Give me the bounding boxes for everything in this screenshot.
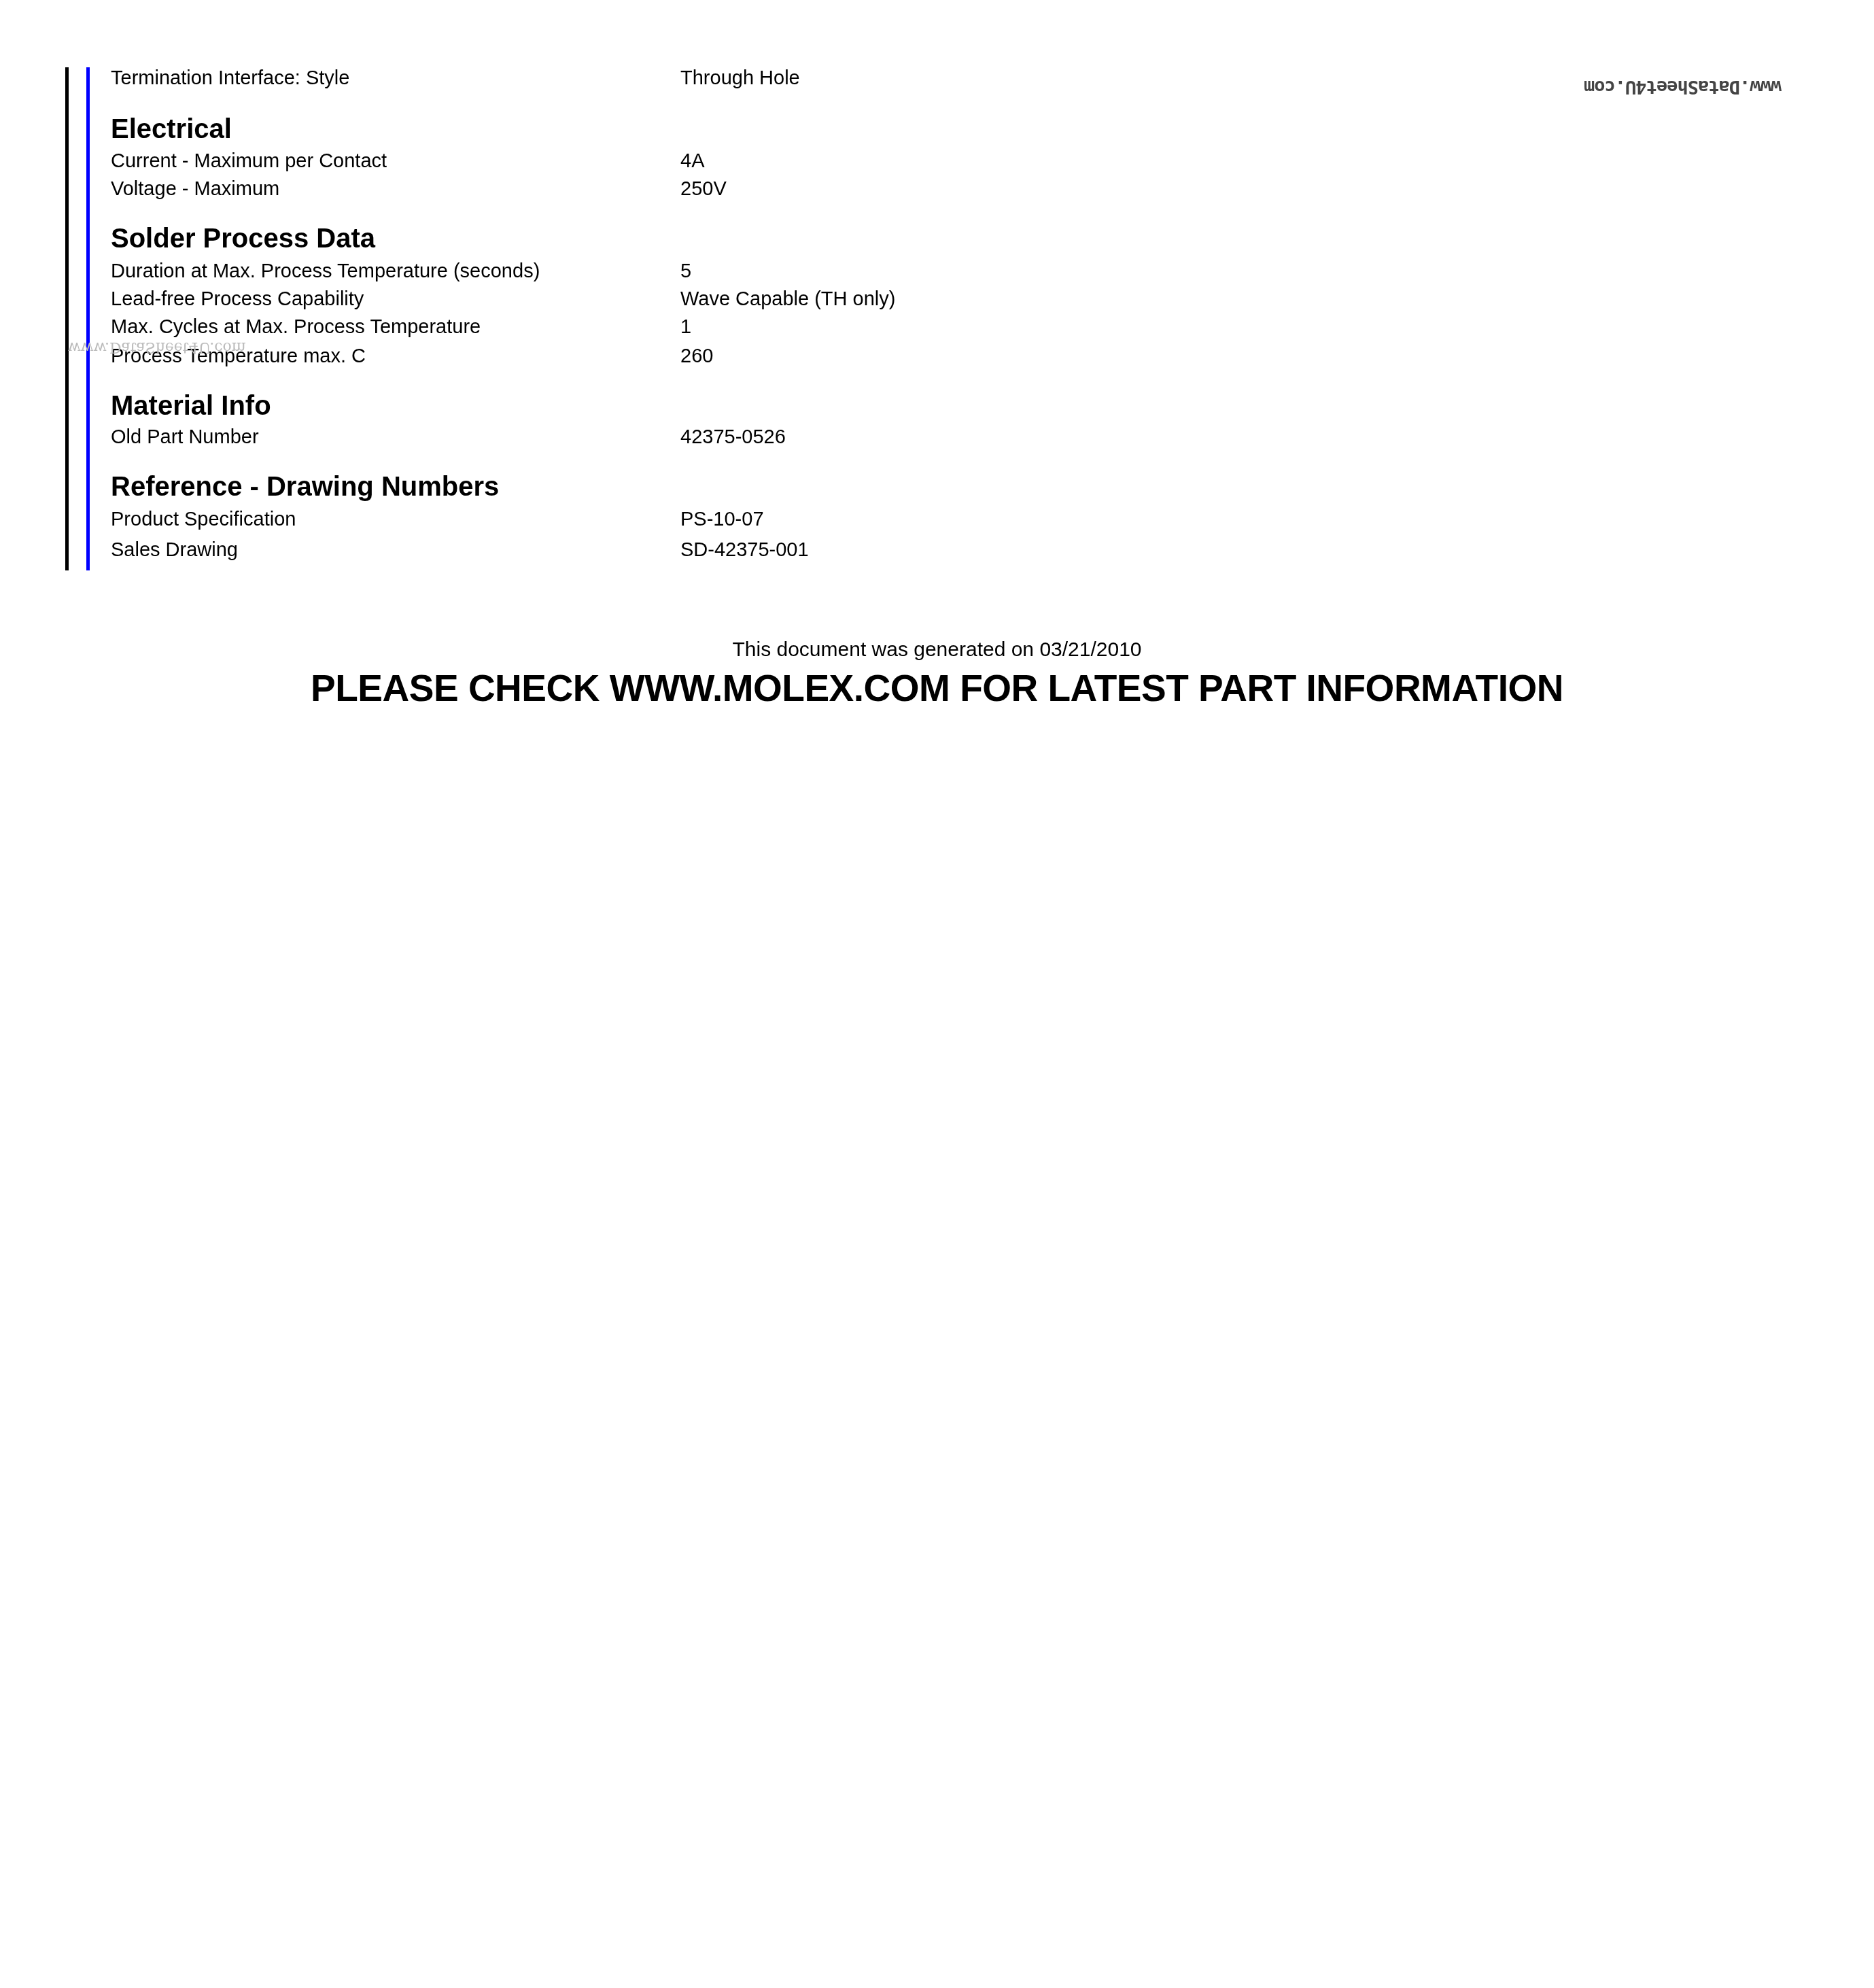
spec-value: 250V — [680, 179, 727, 199]
spec-label: Sales Drawing — [111, 541, 238, 560]
spec-value: 42375-0526 — [680, 428, 786, 447]
generated-date-note: This document was generated on 03/21/201… — [0, 640, 1874, 660]
spec-label: Max. Cycles at Max. Process Temperature — [111, 318, 481, 337]
section-heading-solder-process-data: Solder Process Data — [111, 225, 375, 252]
spec-value: 5 — [680, 262, 691, 281]
spec-label: Old Part Number — [111, 428, 259, 447]
spec-value: Through Hole — [680, 69, 800, 88]
left-rule-blue — [86, 67, 90, 570]
spec-value: Wave Capable (TH only) — [680, 290, 895, 309]
spec-label: Voltage - Maximum — [111, 179, 279, 199]
spec-value: PS-10-07 — [680, 510, 764, 530]
spec-value: SD-42375-001 — [680, 541, 809, 560]
spec-value: 1 — [680, 318, 691, 337]
section-heading-reference-drawing-numbers: Reference - Drawing Numbers — [111, 473, 499, 500]
left-rule-black — [65, 67, 69, 570]
watermark-top-right: www.DataSheet4U.com — [1569, 76, 1797, 97]
check-molex-notice: PLEASE CHECK WWW.MOLEX.COM FOR LATEST PA… — [0, 670, 1874, 707]
spec-label: Duration at Max. Process Temperature (se… — [111, 262, 540, 281]
spec-value: 260 — [680, 347, 713, 366]
spec-label: Lead-free Process Capability — [111, 290, 364, 309]
section-heading-electrical: Electrical — [111, 116, 232, 143]
watermark-side: www.DataSheet4U.com — [68, 339, 291, 356]
spec-label: Current - Maximum per Contact — [111, 152, 387, 171]
spec-value: 4A — [680, 152, 704, 171]
spec-label: Product Specification — [111, 510, 296, 530]
spec-label: Termination Interface: Style — [111, 69, 349, 88]
section-heading-material-info: Material Info — [111, 392, 271, 419]
